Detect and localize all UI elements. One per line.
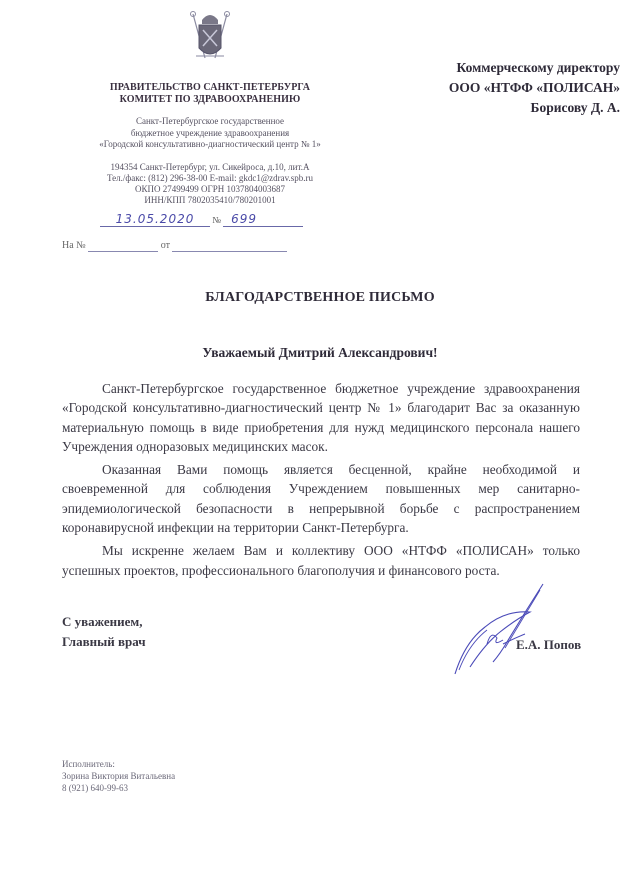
government-name: ПРАВИТЕЛЬСТВО САНКТ-ПЕТЕРБУРГА <box>60 82 360 94</box>
signature-icon <box>445 582 555 677</box>
government-title: ПРАВИТЕЛЬСТВО САНКТ-ПЕТЕРБУРГА КОМИТЕТ П… <box>60 82 360 106</box>
document-title: БЛАГОДАРСТВЕННОЕ ПИСЬМО <box>0 290 640 306</box>
committee-name: КОМИТЕТ ПО ЗДРАВООХРАНЕНИЮ <box>60 94 360 106</box>
paragraph: Оказанная Вами помощь является бесценной… <box>62 460 580 537</box>
organization-contacts: 194354 Санкт-Петербург, ул. Сикейроса, д… <box>60 162 360 206</box>
executor-label: Исполнитель: <box>62 758 175 770</box>
paragraph: Санкт-Петербургское государственное бюдж… <box>62 379 580 456</box>
from-label: от <box>161 240 170 251</box>
executor-block: Исполнитель: Зорина Виктория Витальевна … <box>62 758 175 794</box>
org-line: Санкт-Петербургское государственное <box>60 116 360 128</box>
okpo-ogrn: ОКПО 27499499 ОГРН 1037804003687 <box>60 184 360 195</box>
addressee: Коммерческому директору ООО «НТФФ «ПОЛИС… <box>449 58 620 118</box>
addressee-company: ООО «НТФФ «ПОЛИСАН» <box>449 78 620 98</box>
letter-body: Санкт-Петербургское государственное бюдж… <box>62 379 580 584</box>
reply-number-field <box>88 240 158 252</box>
signer-name: Е.А. Попов <box>516 637 581 653</box>
inn-kpp: ИНН/КПП 7802035410/780201001 <box>60 195 360 206</box>
signer-position: Главный врач <box>62 632 146 652</box>
registration-number: 699 <box>231 212 257 226</box>
number-label: № <box>212 215 221 225</box>
addressee-name: Борисову Д. А. <box>449 98 620 118</box>
regards-line: С уважением, <box>62 612 146 632</box>
reply-to-label: На № <box>62 240 86 251</box>
phone-email: Тел./факс: (812) 296-38-00 E-mail: gkdc1… <box>60 173 360 184</box>
org-line: бюджетное учреждение здравоохранения <box>60 128 360 140</box>
executor-phone: 8 (921) 640-99-63 <box>62 782 175 794</box>
addressee-position: Коммерческому директору <box>449 58 620 78</box>
executor-name: Зорина Виктория Витальевна <box>62 770 175 782</box>
org-line: «Городской консультативно-диагностически… <box>60 139 360 151</box>
registration-date-field: 13.05.2020 <box>100 212 210 227</box>
registration-number-field: 699 <box>223 212 303 227</box>
address: 194354 Санкт-Петербург, ул. Сикейроса, д… <box>60 162 360 173</box>
paragraph: Мы искренне желаем Вам и коллективу ООО … <box>62 541 580 580</box>
coat-of-arms-icon <box>185 8 235 68</box>
letterhead: ПРАВИТЕЛЬСТВО САНКТ-ПЕТЕРБУРГА КОМИТЕТ П… <box>60 8 360 206</box>
registration-block: 13.05.2020 № 699 На № от <box>60 212 310 234</box>
organization-name: Санкт-Петербургское государственное бюдж… <box>60 116 360 151</box>
salutation: Уважаемый Дмитрий Александрович! <box>0 345 640 361</box>
registration-date: 13.05.2020 <box>116 212 195 226</box>
reply-date-field <box>172 240 287 252</box>
closing: С уважением, Главный врач <box>62 612 146 652</box>
